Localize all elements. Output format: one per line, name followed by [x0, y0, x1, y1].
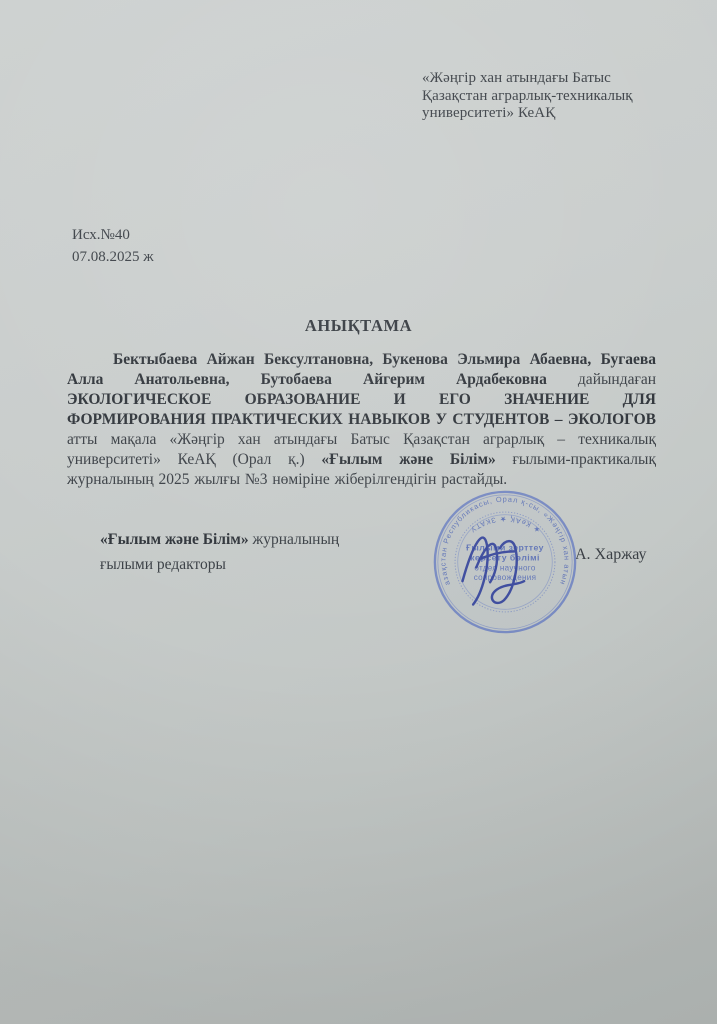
letterhead-org: «Жәңгір хан атындағы Батыс Қазақстан агр… [422, 70, 670, 123]
stamp-center-line3: отдел научного [474, 564, 536, 573]
body-paragraph: Бектыбаева Айжан Бексултановна, Букенова… [67, 350, 656, 490]
letterhead-line: университеті» КеАҚ [422, 105, 670, 123]
letterhead-line: Қазақстан аграрлық-техникалық [422, 88, 670, 106]
ref-block: Исх.№40 07.08.2025 ж [72, 224, 154, 268]
document-page: «Жәңгір хан атындағы Батыс Қазақстан агр… [0, 0, 717, 1024]
body-segment: ЭКОЛОГИЧЕСКОЕ ОБРАЗОВАНИЕ И ЕГО ЗНАЧЕНИЕ… [67, 391, 656, 428]
stamp-graphic: Қазақстан Республикасы, Орал қ-сы, «Жәңг… [420, 477, 590, 647]
ref-number: Исх.№40 [72, 224, 154, 246]
signature-role-block: «Ғылым және Білім» журналының ғылыми ред… [100, 527, 400, 577]
page-title: АНЫҚТАМА [0, 316, 717, 336]
letterhead-line: «Жәңгір хан атындағы Батыс [422, 70, 670, 88]
journal-rest: журналының [249, 531, 340, 548]
body-segment: «Ғылым және Білім» [321, 451, 495, 468]
body-segment: дайындаған [547, 371, 656, 388]
signature-role-line2: ғылыми редакторы [100, 552, 400, 577]
official-stamp: Қазақстан Республикасы, Орал қ-сы, «Жәңг… [420, 477, 590, 647]
ref-date: 07.08.2025 ж [72, 246, 154, 268]
journal-name: «Ғылым және Білім» [100, 531, 249, 548]
signature-role-line1: «Ғылым және Білім» журналының [100, 527, 400, 552]
